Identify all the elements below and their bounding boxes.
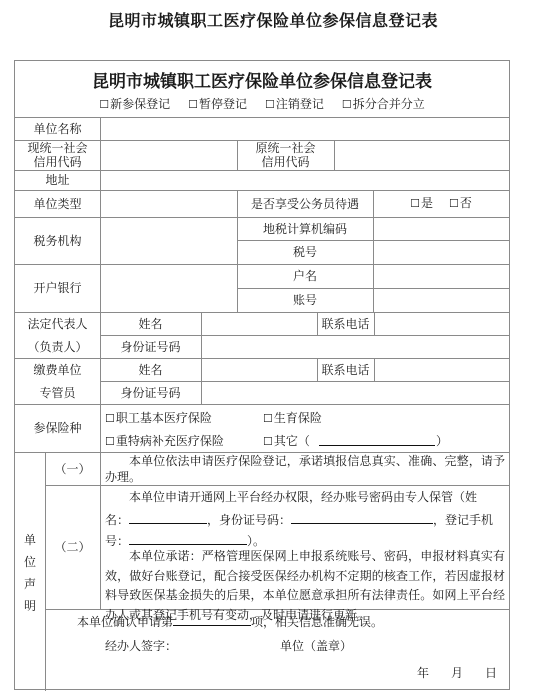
label-original-credit-code: 原统一社会 信用代码 <box>237 140 334 170</box>
operator-name-field[interactable] <box>129 512 207 524</box>
legal-rep-phone-field[interactable] <box>375 313 509 335</box>
signer-label: 经办人签字： <box>105 637 177 654</box>
declaration-item1-text: 本单位依法申请医疗保险登记，承诺填报信息真实、准确、完整，请予办理。 <box>105 452 505 485</box>
label-current-credit-code: 现统一社会 信用代码 <box>15 140 100 170</box>
legal-rep-id-field[interactable] <box>202 336 509 358</box>
address-field[interactable] <box>101 171 509 190</box>
label-insurance-types: 参保险种 <box>15 404 100 452</box>
label-officer-id: 身份证号码 <box>100 381 201 404</box>
account-number-field[interactable] <box>374 289 509 312</box>
operator-phone-field[interactable] <box>129 533 247 545</box>
registration-type-options: 新参保登记 暂停登记 注销登记 拆分合并分立 <box>15 95 509 112</box>
operator-id-field[interactable] <box>291 512 433 524</box>
officer-name-field[interactable] <box>202 359 317 381</box>
label-account-number: 账号 <box>237 288 373 312</box>
label-officer-name: 姓名 <box>100 358 201 381</box>
seal-label: 单位（盖章） <box>280 637 352 654</box>
date-month: 月 <box>451 664 463 681</box>
original-credit-code-field[interactable] <box>335 141 509 170</box>
bank-field[interactable] <box>101 265 237 312</box>
label-payment-officer-sub: 专管员 <box>15 381 100 404</box>
declaration-item1-label: （一） <box>45 452 100 485</box>
checkbox-cancel-registration[interactable]: 注销登记 <box>265 95 324 112</box>
declaration-item2-line2: 名：，身份证号码：，登记手机 <box>105 511 493 528</box>
date-year: 年 <box>417 664 429 681</box>
tax-number-field[interactable] <box>374 241 509 264</box>
label-bank: 开户银行 <box>15 264 100 312</box>
label-legal-rep-name: 姓名 <box>100 312 201 335</box>
label-unit-type: 单位类型 <box>15 190 100 217</box>
legal-rep-name-field[interactable] <box>202 313 317 335</box>
label-officer-phone: 联系电话 <box>317 358 374 381</box>
checkbox-suspend-registration[interactable]: 暂停登记 <box>188 95 247 112</box>
label-legal-rep-sub: （负责人） <box>15 335 100 358</box>
declaration-item2-line1: 本单位申请开通网上平台经办权限，经办账号密码由专人保管（姓 <box>105 487 505 507</box>
label-legal-rep-id: 身份证号码 <box>100 335 201 358</box>
unit-name-field[interactable] <box>101 118 509 140</box>
registration-form: 昆明市城镇职工医疗保险单位参保信息登记表 新参保登记 暂停登记 注销登记 拆分合… <box>14 60 510 690</box>
declaration-side-label: 单 位 声 明 <box>23 529 37 617</box>
officer-phone-field[interactable] <box>375 359 509 381</box>
declaration-item2-label: （二） <box>45 485 100 609</box>
officer-id-field[interactable] <box>202 382 509 404</box>
form-title: 昆明市城镇职工医疗保险单位参保信息登记表 <box>15 67 509 92</box>
checkbox-new-registration[interactable]: 新参保登记 <box>99 95 170 112</box>
label-legal-rep: 法定代表人 <box>15 312 100 335</box>
tax-authority-field[interactable] <box>101 218 237 264</box>
label-tax-number: 税号 <box>237 240 373 264</box>
confirmation-line: 本单位确认申请第项，相关信息准确无误。 <box>77 613 383 630</box>
checkbox-serious-illness[interactable]: 重特病补充医疗保险 <box>105 432 224 449</box>
label-local-tax-code: 地税计算机编码 <box>237 217 373 240</box>
checkbox-yes[interactable]: 是 <box>410 196 433 211</box>
label-tax-authority: 税务机构 <box>15 217 100 264</box>
divider <box>45 485 509 486</box>
other-insurance-field[interactable] <box>319 434 435 446</box>
checkbox-other[interactable]: 其它（ <box>263 432 310 449</box>
label-payment-officer: 缴费单位 <box>15 358 100 381</box>
civil-servant-options: 是 否 <box>373 190 509 217</box>
label-address: 地址 <box>15 170 100 190</box>
item-count-field[interactable] <box>173 614 251 626</box>
document-title: 昆明市城镇职工医疗保险单位参保信息登记表 <box>0 8 546 31</box>
label-account-name: 户名 <box>237 264 373 288</box>
account-name-field[interactable] <box>374 265 509 288</box>
divider <box>100 452 101 609</box>
date-day: 日 <box>485 664 497 681</box>
label-legal-rep-phone: 联系电话 <box>317 312 374 335</box>
checkbox-no[interactable]: 否 <box>449 196 472 211</box>
label-unit-name: 单位名称 <box>15 117 100 140</box>
checkbox-split-merge[interactable]: 拆分合并分立 <box>342 95 425 112</box>
local-tax-code-field[interactable] <box>374 218 509 240</box>
label-civil-servant-treatment: 是否享受公务员待遇 <box>237 190 373 217</box>
unit-type-field[interactable] <box>101 191 237 217</box>
checkbox-maternity[interactable]: 生育保险 <box>263 409 322 426</box>
other-close-paren: ） <box>436 432 448 449</box>
current-credit-code-field[interactable] <box>101 141 237 170</box>
checkbox-basic-medical[interactable]: 职工基本医疗保险 <box>105 409 212 426</box>
